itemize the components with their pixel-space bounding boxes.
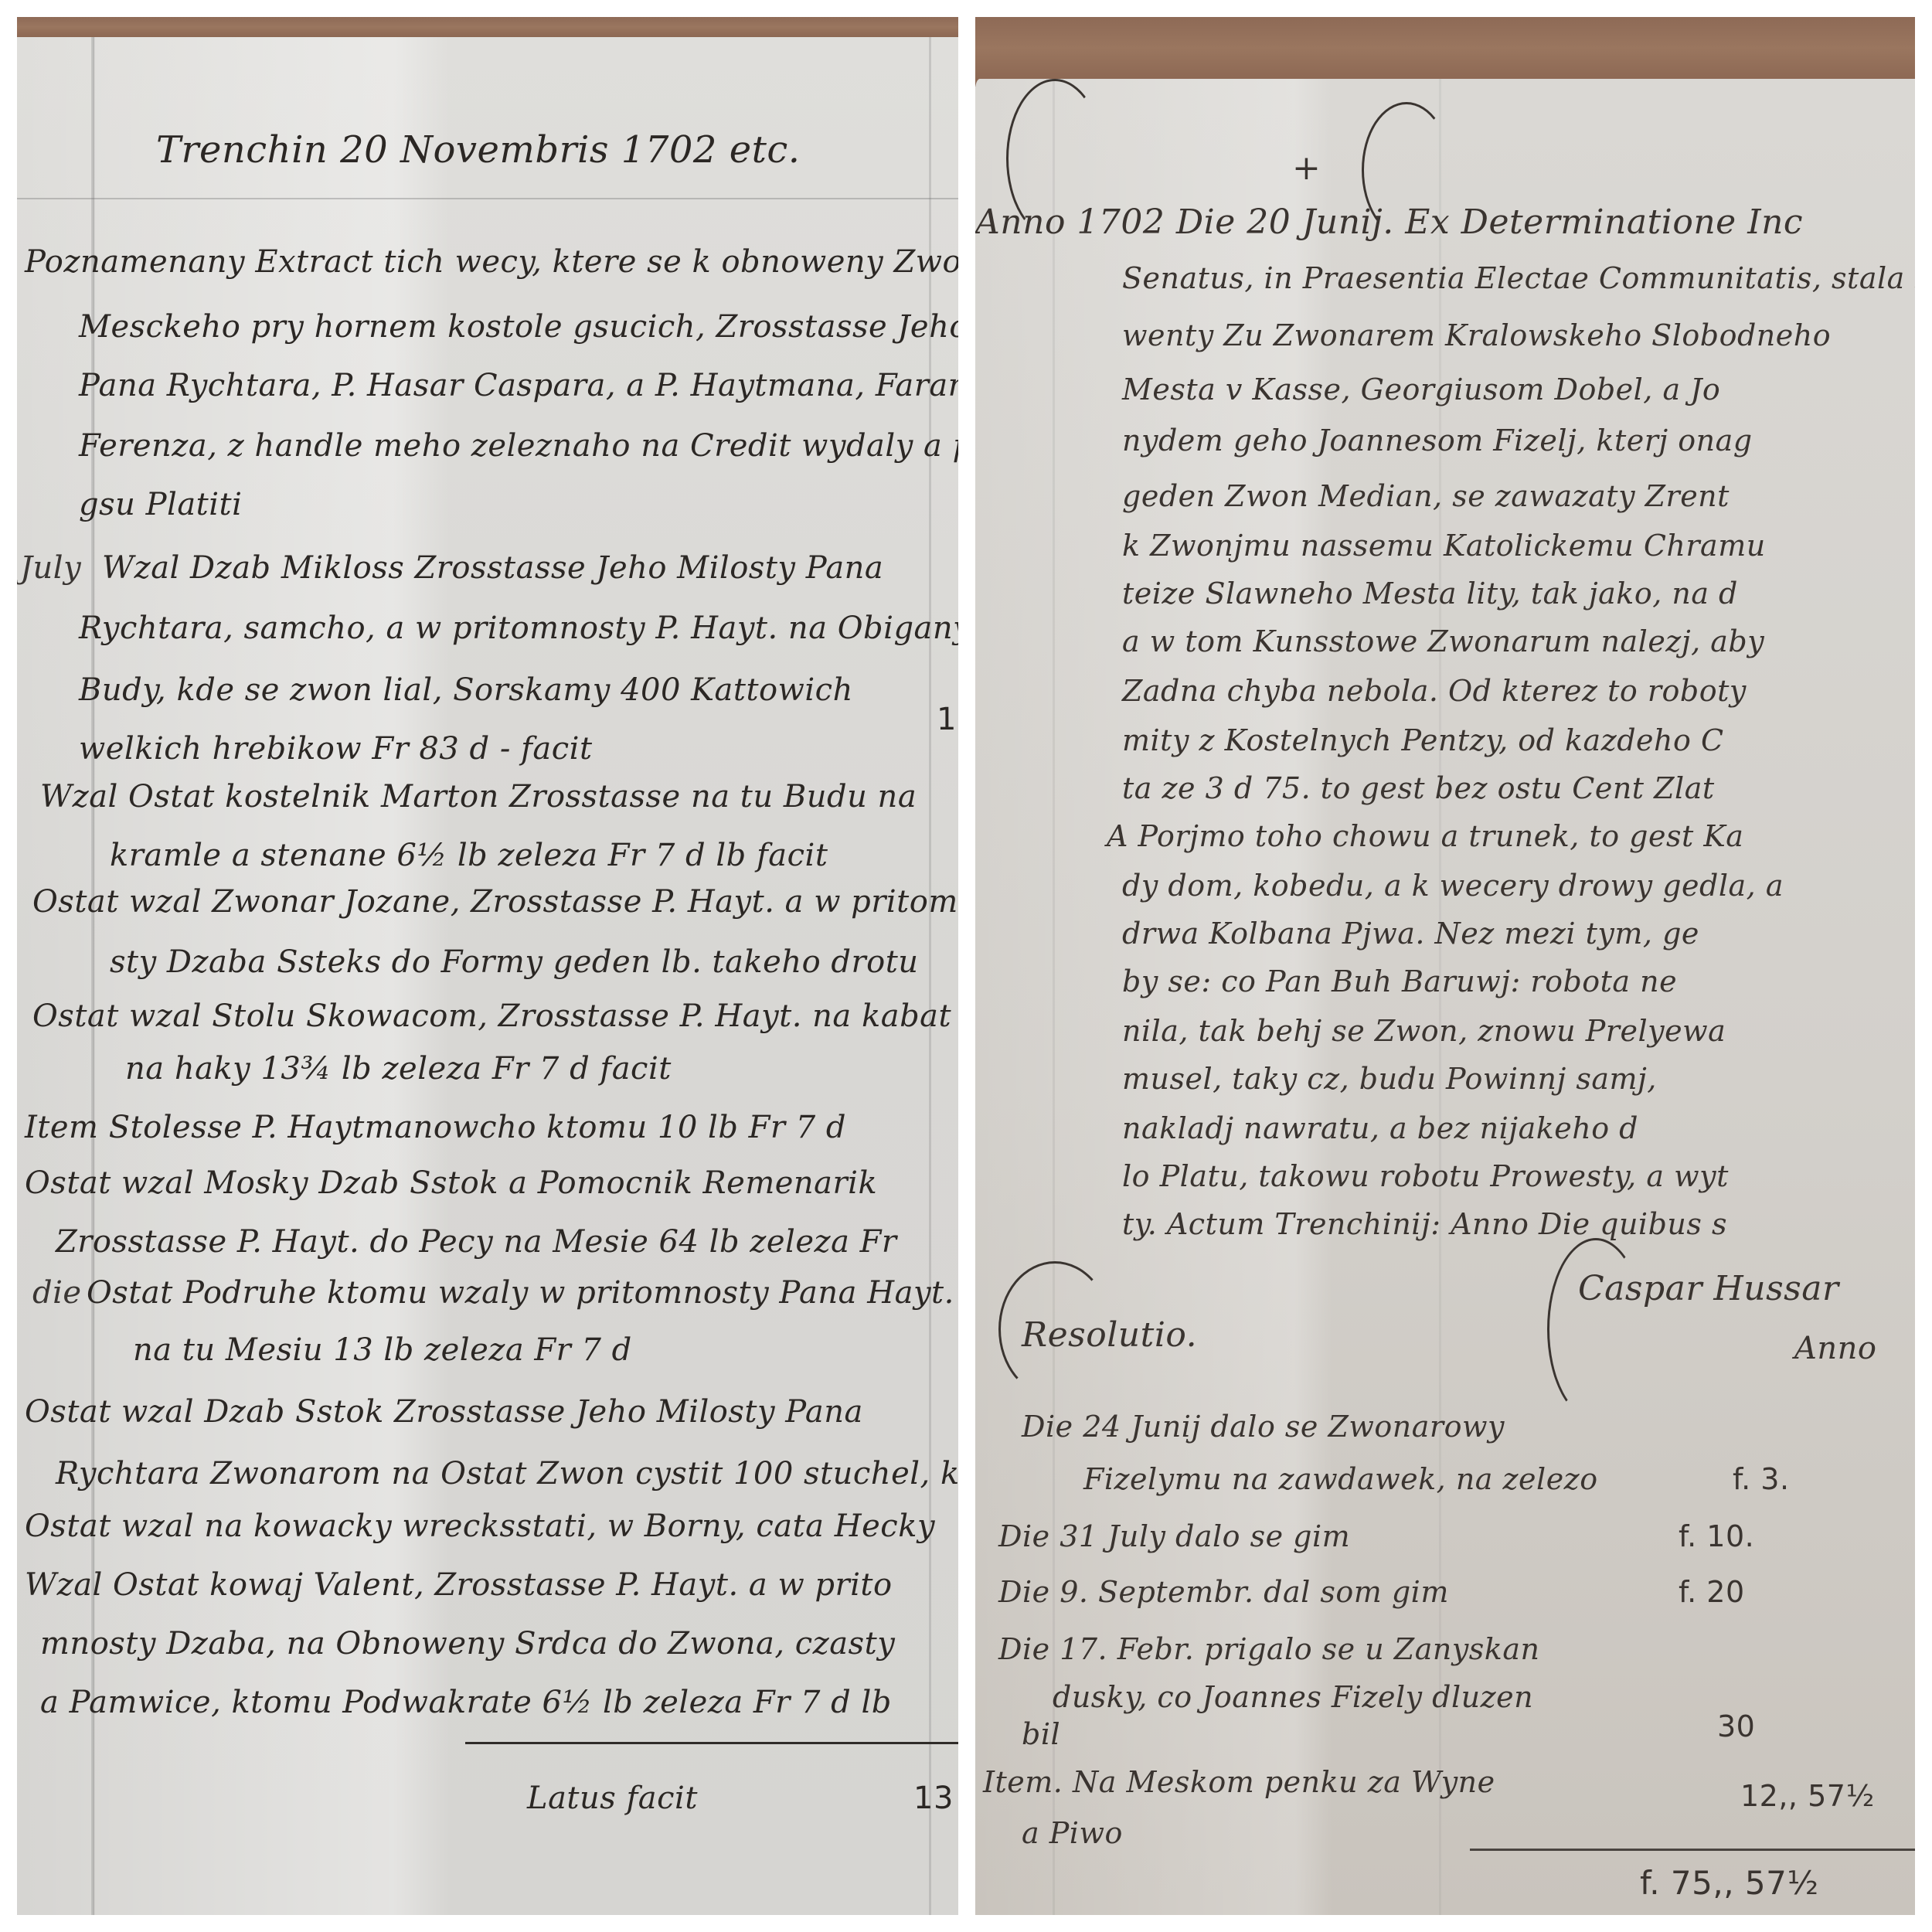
ledger-amount: 12,, 57½ [1740, 1779, 1875, 1813]
entry-line: Ostat wzal Zwonar Jozane, Zrosstasse P. … [32, 884, 958, 920]
ledger-entry: Die 24 Junij dalo se Zwonarowy [1022, 1410, 1505, 1444]
entry-line: Zrosstasse P. Hayt. do Pecy na Mesie 64 … [56, 1224, 897, 1260]
entry-line: Ostat wzal Dzab Sstok Zrosstasse Jeho Mi… [25, 1394, 863, 1430]
wooden-table-edge [975, 17, 1915, 87]
body-line: geden Zwon Median, se zawazaty Zrent [1122, 479, 1730, 513]
entry-line: Ostat wzal Mosky Dzab Sstok a Pomocnik R… [25, 1165, 877, 1201]
cross-mark: + [1292, 148, 1321, 188]
entry-line: sty Dzaba Ssteks do Formy geden lb. take… [110, 944, 919, 980]
entry-line: na haky 13¾ lb zeleza Fr 7 d facit [125, 1051, 672, 1087]
ledger-total: f. 75,, 57½ [1640, 1864, 1819, 1902]
ledger-entry: Die 31 July dalo se gim [998, 1519, 1350, 1553]
body-line: musel, taky cz, budu Powinnj samj, [1122, 1062, 1657, 1096]
body-line: lo Platu, takowu robotu Prowesty, a wyt [1122, 1159, 1729, 1193]
signature-flourish [1547, 1238, 1645, 1420]
intro-line: Mesckeho pry hornem kostole gsucich, Zro… [79, 309, 958, 345]
ledger-amount: f. 20 [1679, 1575, 1745, 1609]
ledger-entry: dusky, co Joannes Fizely dluzen [1053, 1680, 1533, 1714]
body-line: Zadna chyba nebola. Od kterez to roboty [1122, 674, 1747, 708]
body-line: teize Slawneho Mesta lity, tak jako, na … [1122, 577, 1738, 611]
body-line: mity z Kostelnych Pentzy, od kazdeho C [1122, 723, 1724, 757]
total-label: Latus facit [527, 1781, 698, 1816]
body-line: nakladj nawratu, a bez nijakeho d [1122, 1111, 1638, 1145]
body-line: Mesta v Kasse, Georgiusom Dobel, a Jo [1122, 372, 1720, 406]
intro-line: Poznamenany Extract tich wecy, ktere se … [25, 244, 958, 280]
ledger-amount: f. 10. [1679, 1519, 1754, 1553]
body-line: drwa Kolbana Pjwa. Nez mezi tym, ge [1122, 917, 1699, 951]
entry-line: Ostat wzal Stolu Skowacom, Zrosstasse P.… [32, 998, 951, 1034]
body-line: Senatus, in Praesentia Electae Communita… [1122, 261, 1915, 295]
ruled-line [17, 198, 958, 199]
entry-amount: 1 [937, 702, 957, 737]
page-heading: Trenchin 20 Novembris 1702 etc. [156, 128, 801, 172]
ledger-entry: a Piwo [1022, 1816, 1123, 1850]
body-line: nydem geho Joannesom Fizelj, kterj onag [1122, 423, 1753, 457]
ledger-entry: Fizelymu na zawdawek, na zelezo [1083, 1462, 1598, 1496]
entry-line: Item Stolesse P. Haytmanowcho ktomu 10 l… [25, 1110, 846, 1145]
resolutio-label: Resolutio. [1022, 1315, 1197, 1355]
body-line: A Porjmo toho chowu a trunek, to gest Ka [1107, 819, 1743, 853]
entry-line: kramle a stenane 6½ lb zeleza Fr 7 d lb … [110, 838, 828, 873]
sum-rule [1470, 1849, 1915, 1851]
left-page-photo: Trenchin 20 Novembris 1702 etc. Poznamen… [17, 17, 958, 1915]
left-manuscript-page: Trenchin 20 Novembris 1702 etc. Poznamen… [17, 37, 958, 1915]
body-line: k Zwonjmu nassemu Katolickemu Chramu [1122, 529, 1766, 563]
body-line: ty. Actum Trenchinij: Anno Die quibus s [1122, 1207, 1727, 1241]
sum-rule [465, 1742, 958, 1744]
entry-line: mnosty Dzaba, na Obnoweny Srdca do Zwona… [40, 1626, 895, 1662]
right-page-photo: + Anno 1702 Die 20 Junij. Ex Determinati… [975, 17, 1915, 1915]
body-line: nila, tak behj se Zwon, znowu Prelyewa [1122, 1014, 1726, 1048]
intro-line: Pana Rychtara, P. Hasar Caspara, a P. Ha… [79, 368, 958, 403]
body-line: wenty Zu Zwonarem Kralowskeho Slobodneho [1122, 318, 1831, 352]
ledger-entry: Die 17. Febr. prigalo se u Zanyskan [998, 1632, 1539, 1666]
ledger-amount: f. 3. [1733, 1462, 1790, 1496]
entry-margin-note: July [20, 550, 81, 586]
entry-line: welkich hrebikow Fr 83 d - facit [79, 731, 593, 767]
entry-line: Ostat Podruhe ktomu wzaly w pritomnosty … [87, 1275, 954, 1311]
intro-line: Ferenza, z handle meho zeleznaho na Cred… [79, 428, 958, 464]
entry-line: Rychtara Zwonarom na Ostat Zwon cystit 1… [56, 1456, 958, 1492]
right-manuscript-page: + Anno 1702 Die 20 Junij. Ex Determinati… [975, 79, 1915, 1915]
entry-line: Wzal Ostat kowaj Valent, Zrosstasse P. H… [25, 1567, 893, 1603]
body-line: a w tom Kunsstowe Zwonarum nalezj, aby [1122, 624, 1764, 658]
wooden-table-edge [17, 17, 958, 39]
entry-line: Wzal Ostat kostelnik Marton Zrosstasse n… [40, 779, 917, 815]
entry-line: Budy, kde se zwon lial, Sorskamy 400 Kat… [79, 672, 853, 708]
entry-line: na tu Mesiu 13 lb zeleza Fr 7 d [133, 1332, 632, 1368]
entry-line: a Pamwice, ktomu Podwakrate 6½ lb zeleza… [40, 1685, 892, 1720]
signature-second: Anno [1794, 1331, 1877, 1366]
intro-line: gsu Platiti [79, 487, 242, 522]
ledger-entry: bil [1022, 1717, 1060, 1751]
entry-line: Ostat wzal na kowacky wrecksstati, w Bor… [25, 1509, 935, 1544]
ledger-amount: 30 [1717, 1709, 1755, 1743]
body-line: ta ze 3 d 75. to gest bez ostu Cent Zlat [1122, 771, 1715, 805]
total-amount: 13 [913, 1781, 954, 1816]
page-heading: Anno 1702 Die 20 Junij. Ex Determination… [975, 202, 1803, 242]
ledger-entry: Die 9. Septembr. dal som gim [998, 1575, 1449, 1609]
entry-margin-note: die [32, 1275, 82, 1311]
ledger-entry: Item. Na Meskom penku za Wyne [983, 1765, 1495, 1799]
signature: Caspar Hussar [1578, 1269, 1839, 1308]
body-line: dy dom, kobedu, a k wecery drowy gedla, … [1122, 869, 1784, 903]
entry-line: Rychtara, samcho, a w pritomnosty P. Hay… [79, 611, 958, 646]
entry-line: Wzal Dzab Mikloss Zrosstasse Jeho Milost… [102, 550, 883, 586]
body-line: by se: co Pan Buh Baruwj: robota ne [1122, 964, 1677, 998]
